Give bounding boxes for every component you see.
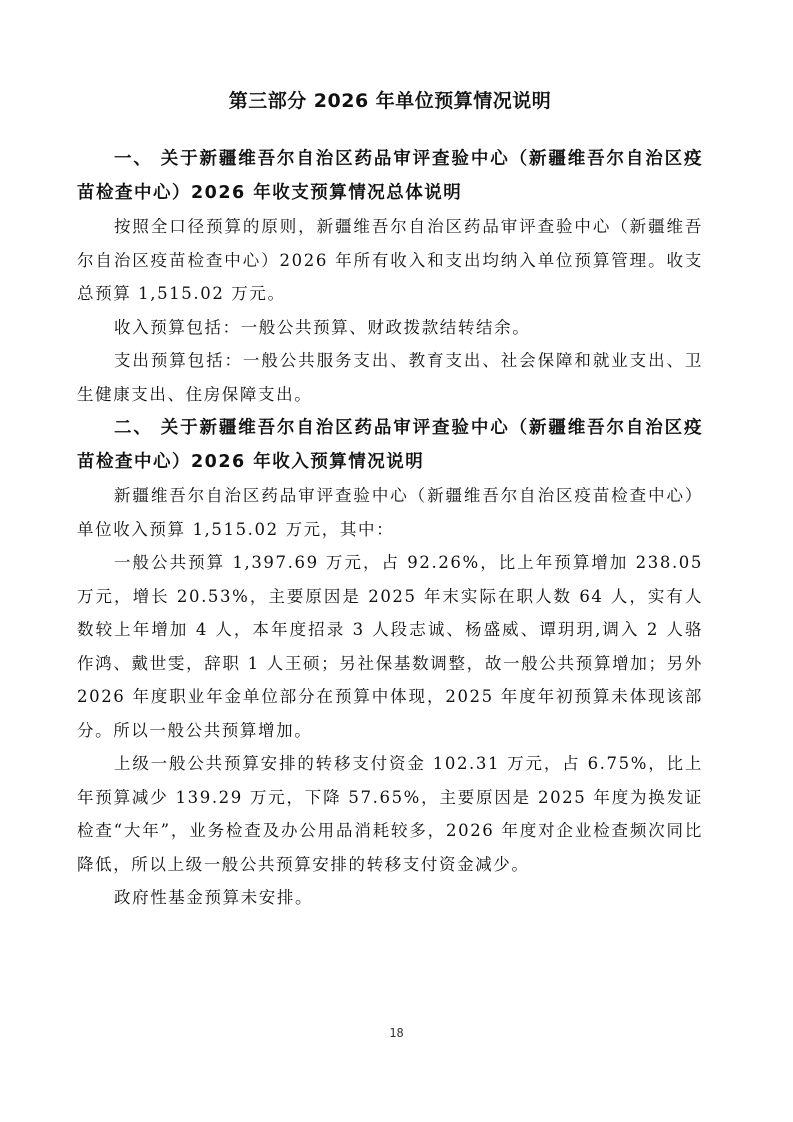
- paragraph: 收入预算包括：一般公共预算、财政拨款结转结余。: [77, 311, 703, 345]
- paragraph: 上级一般公共预算安排的转移支付资金 102.31 万元，占 6.75%，比上年预…: [77, 747, 703, 881]
- paragraph: 政府性基金预算未安排。: [77, 881, 703, 915]
- section-heading: 二、 关于新疆维吾尔自治区药品审评查验中心（新疆维吾尔自治区疫苗检查中心）202…: [77, 411, 703, 479]
- paragraph: 按照全口径预算的原则，新疆维吾尔自治区药品审评查验中心（新疆维吾尔自治区疫苗检查…: [77, 210, 703, 311]
- paragraph: 一般公共预算 1,397.69 万元，占 92.26%，比上年预算增加 238.…: [77, 546, 703, 747]
- section-income-budget: 二、 关于新疆维吾尔自治区药品审评查验中心（新疆维吾尔自治区疫苗检查中心）202…: [77, 411, 703, 915]
- paragraph: 支出预算包括：一般公共服务支出、教育支出、社会保障和就业支出、卫生健康支出、住房…: [77, 344, 703, 411]
- page-number: 18: [0, 1026, 793, 1040]
- section-heading: 一、 关于新疆维吾尔自治区药品审评查验中心（新疆维吾尔自治区疫苗检查中心）202…: [77, 142, 703, 210]
- page-title: 第三部分 2026 年单位预算情况说明: [77, 88, 703, 114]
- document-page: 第三部分 2026 年单位预算情况说明 一、 关于新疆维吾尔自治区药品审评查验中…: [77, 88, 703, 915]
- section-overall-budget: 一、 关于新疆维吾尔自治区药品审评查验中心（新疆维吾尔自治区疫苗检查中心）202…: [77, 142, 703, 411]
- paragraph: 新疆维吾尔自治区药品审评查验中心（新疆维吾尔自治区疫苗检查中心）单位收入预算 1…: [77, 479, 703, 546]
